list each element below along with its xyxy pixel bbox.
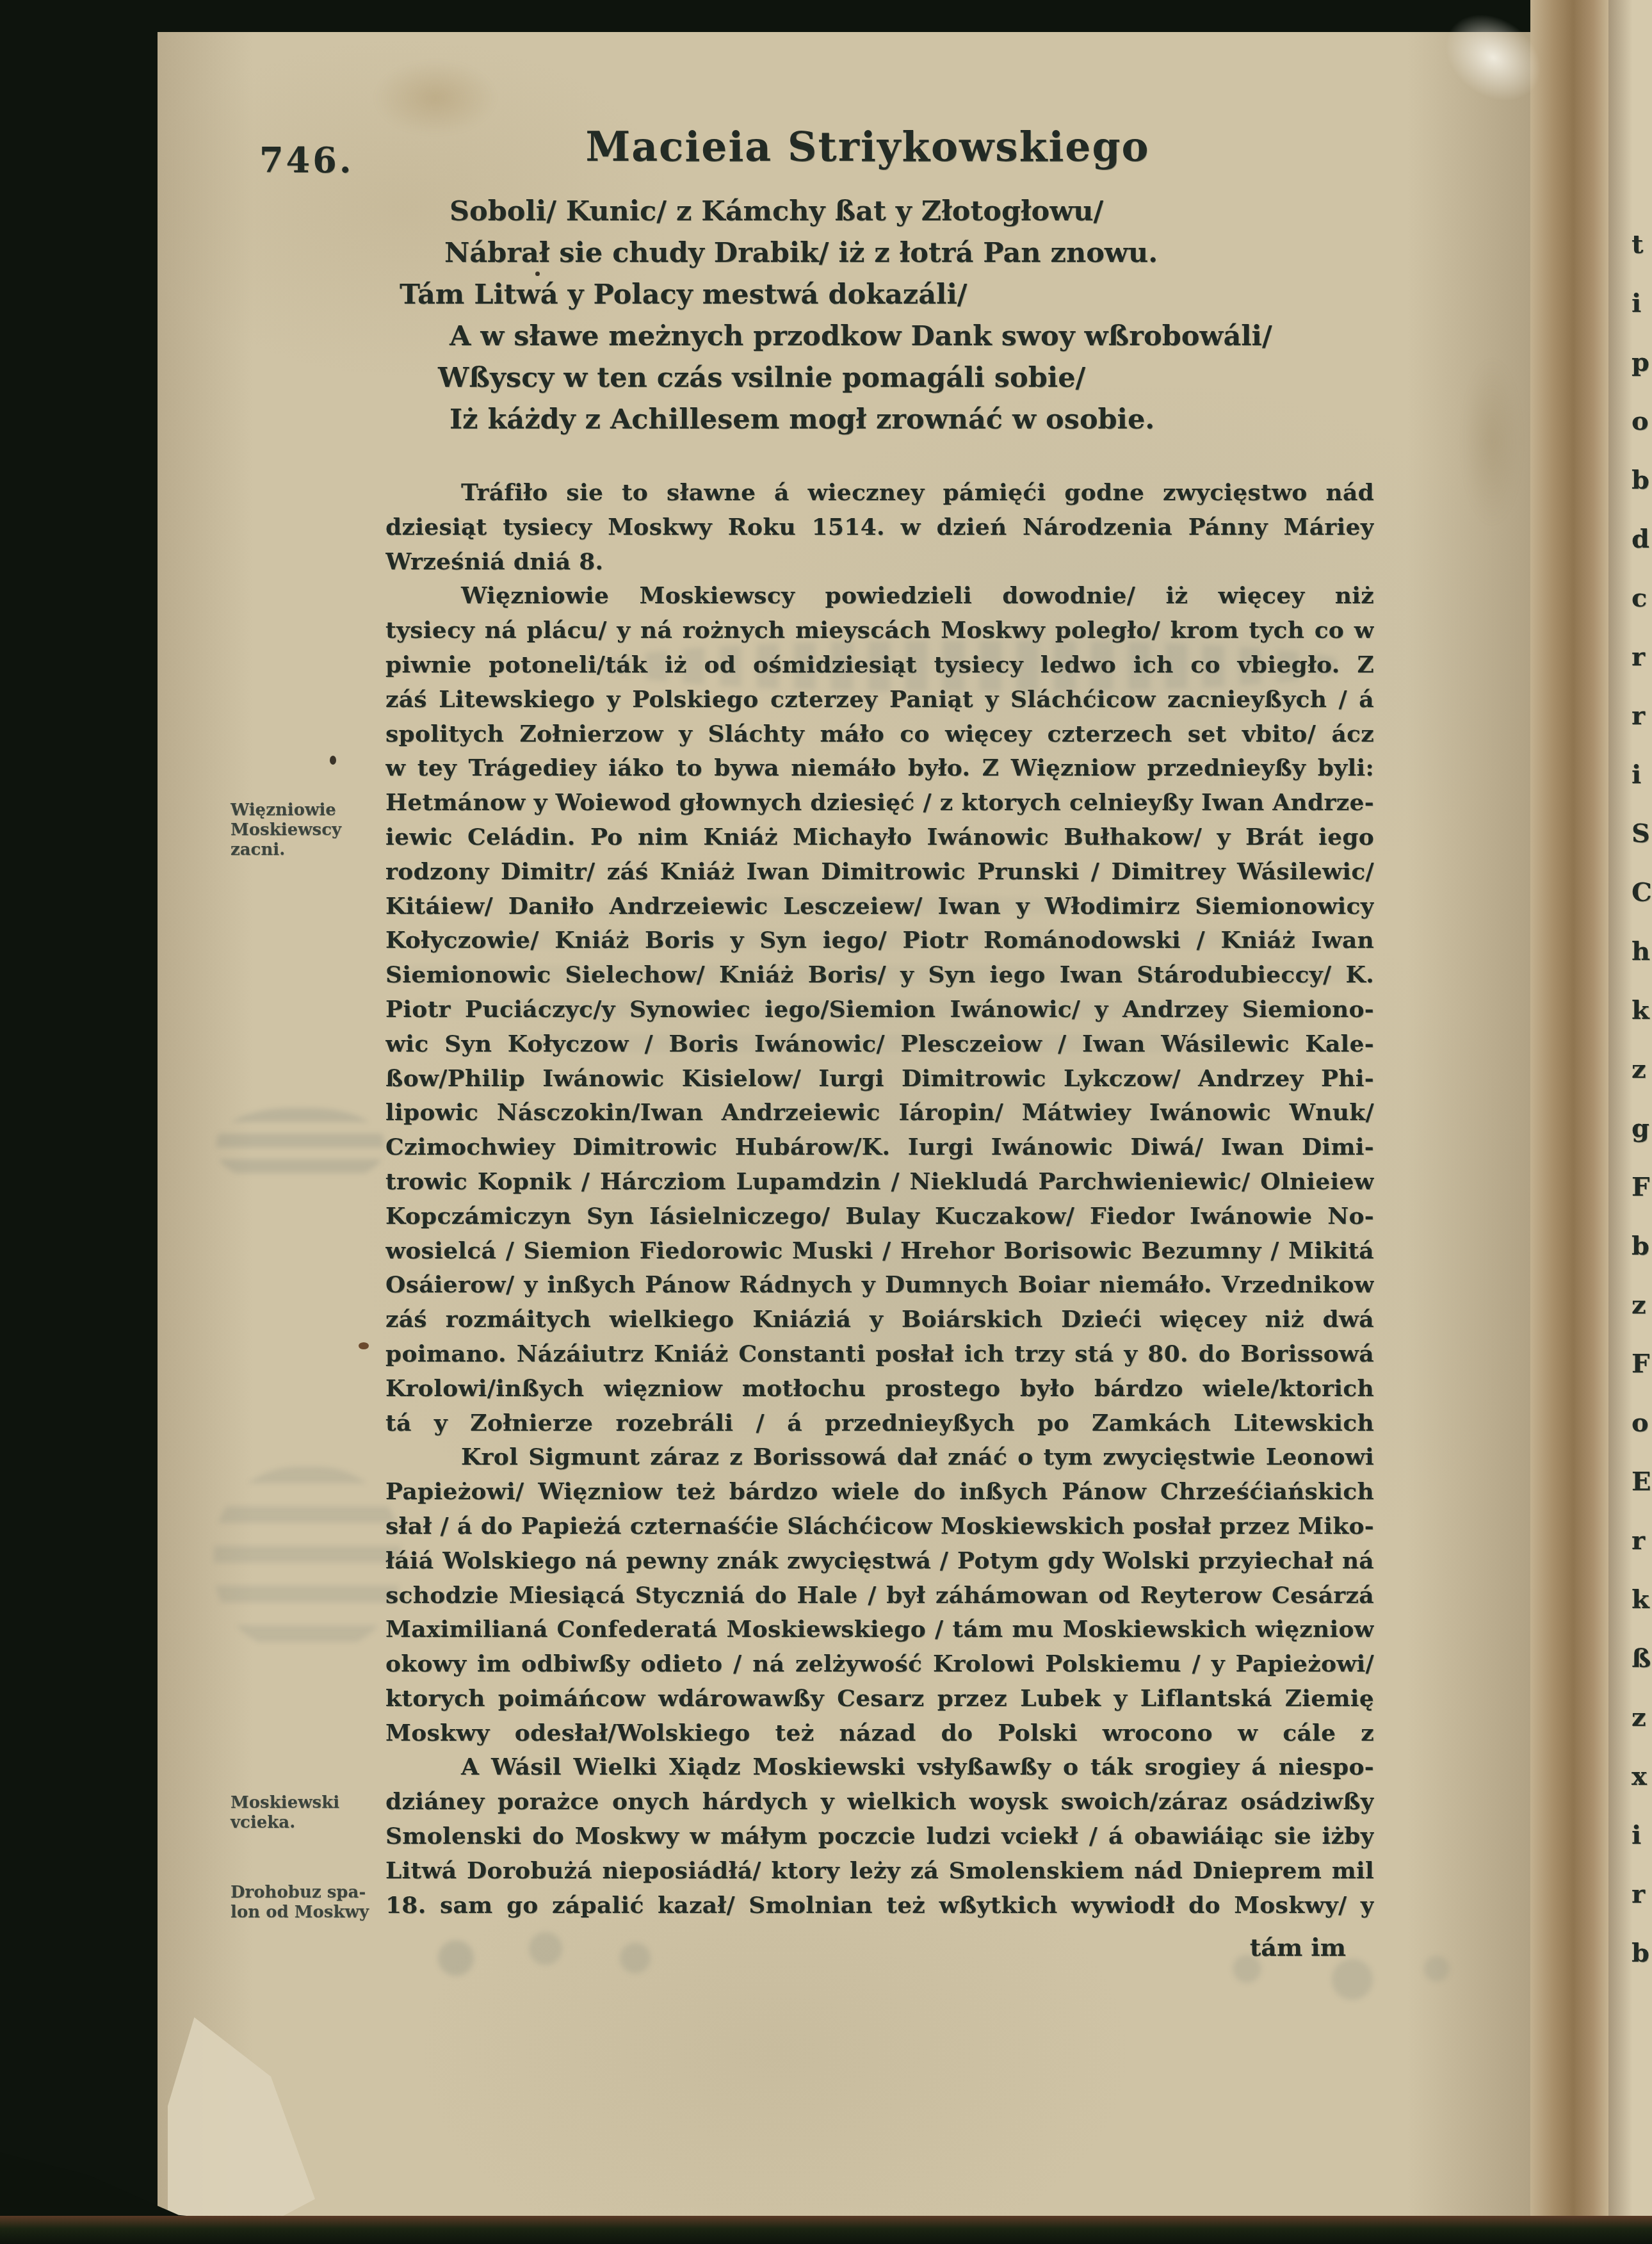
margin-note-line: zacni. [231,840,383,860]
paper-stain [1463,359,1521,525]
book-gutter [1530,0,1608,2244]
margin-note: WięzniowieMoskiewscyzacni. [231,801,383,860]
margin-note-line: Drohobuz spa- [231,1883,383,1903]
verse-line: Soboli/ Kunic/ z Kámchy ßat y Złotogłowu… [385,191,1384,232]
text-line: Maximilianá Confederatá Moskiewskiego / … [385,1612,1374,1646]
letter-fragment: o [1632,392,1652,451]
letter-fragment: b [1632,451,1652,510]
running-title: Macieia Striykowskiego [359,123,1377,170]
left-page-edges [0,32,198,2244]
text-line: lipowic Násczokin/Iwan Andrzeiewic Iárop… [385,1095,1374,1130]
letter-fragment: d [1632,510,1652,569]
facing-page-letter-fragments: tipobdcrriSChkzgFbzFoErkßzxirb [1626,215,1652,1983]
text-line: iewic Celádin. Po nim Kniáż Michayło Iwá… [385,820,1374,854]
letter-fragment: i [1632,274,1652,333]
letter-fragment: r [1632,1511,1652,1570]
text-line: tá y Zołnierze rozebráli / á przednieyßy… [385,1406,1374,1440]
letter-fragment: ß [1632,1629,1652,1688]
text-line: dziáney porażce onych hárdych y wielkich… [385,1784,1374,1819]
text-line: Osáierow/ y inßych Pánow Rádnych y Dumny… [385,1267,1374,1302]
text-line: schodzie Miesiącá Styczniá do Hale / był… [385,1578,1374,1613]
ink-speck [330,756,336,765]
text-line: Tráfiło sie to sławne á wieczney pámięći… [385,475,1374,510]
letter-fragment: p [1632,333,1652,392]
letter-fragment: b [1632,1217,1652,1276]
text-line: rodzony Dimitr/ záś Kniáż Iwan Dimitrowi… [385,854,1374,889]
text-line: spolitych Zołnierzow y Sláchty máło co w… [385,717,1374,751]
letter-fragment: z [1632,1276,1652,1335]
text-line: ßow/Philip Iwánowic Kisielow/ Iurgi Dimi… [385,1061,1374,1096]
margin-note-line: Moskiewscy [231,820,383,840]
verse-line: A w sławe meżnych przodkow Dank swoy wßr… [385,316,1384,357]
verse-line: Tám Litwá y Polacy mestwá dokazáli/ [385,274,1384,316]
text-line: Wrześniá dniá 8. [385,544,1374,579]
text-line: Litwá Dorobużá nieposiádłá/ ktory leży z… [385,1853,1374,1888]
verse-line: Nábrał sie chudy Drabik/ iż z łotrá Pan … [385,232,1384,274]
page-number: 746. [259,140,354,181]
text-line: Kołyczowie/ Kniáż Boris y Syn iego/ Piot… [385,923,1374,957]
margin-note-line: Moskiewski [231,1793,383,1813]
paragraph: Więzniowie Moskiewscy powiedzieli dowodn… [385,578,1374,1440]
ink-speck [359,1342,369,1349]
text-line: Krol Sigmunt záraz z Borissowá dał znáć … [385,1440,1374,1474]
text-line: łáiá Wolskiego ná pewny znák zwycięstwá … [385,1543,1374,1578]
text-line: okowy im odbiwßy odieto / ná zelżywość K… [385,1646,1374,1681]
letter-fragment: S [1632,804,1652,863]
text-line: Więzniowie Moskiewscy powiedzieli dowodn… [385,578,1374,613]
text-line: Papieżowi/ Więzniow też bárdzo wiele do … [385,1474,1374,1509]
paragraph: A Wásil Wielki Xiądz Moskiewski vsłyßawß… [385,1750,1374,1922]
text-line: záś Litewskiego y Polskiego czterzey Pan… [385,682,1374,717]
letter-fragment: r [1632,1865,1652,1924]
text-line: piwnie potoneli/ták iż od ośmidziesiąt t… [385,647,1374,682]
text-line: wic Syn Kołyczow / Boris Iwánowic/ Plesc… [385,1027,1374,1061]
letter-fragment: C [1632,863,1652,922]
text-line: ktorych poimáńcow wdárowawßy Cesarz prze… [385,1681,1374,1716]
letter-fragment: o [1632,1394,1652,1452]
letter-fragment: c [1632,569,1652,628]
text-line: Hetmánow y Woiewod głownych dziesięć / z… [385,785,1374,820]
text-line: wosielcá / Siemion Fiedorowic Muski / Hr… [385,1233,1374,1268]
book-scan: tipobdcrriSChkzgFbzFoErkßzxirb 746. Maci… [0,0,1652,2244]
letter-fragment: z [1632,1688,1652,1747]
text-line: záś rozmáitych wielkiego Kniáziá y Boiár… [385,1302,1374,1337]
catchword: tám im [385,1933,1346,1962]
text-line: tysiecy ná plácu/ y ná rożnych mieyscách… [385,613,1374,647]
letter-fragment: i [1632,745,1652,804]
text-line: Krolowi/inßych więzniow motłochu prosteg… [385,1371,1374,1406]
margin-note: Drohobuz spa-lon od Moskwy [231,1883,383,1923]
text-line: trowic Kopnik / Hárcziom Lupamdzin / Nie… [385,1164,1374,1199]
verse-block: Soboli/ Kunic/ z Kámchy ßat y Złotogłowu… [385,191,1384,441]
verse-line: Iż káżdy z Achillesem mogł zrownáć w oso… [385,399,1384,441]
text-line: dziesiąt tysiecy Moskwy Roku 1514. w dzi… [385,510,1374,544]
text-line: w tey Trágediey iáko to bywa niemáło był… [385,751,1374,785]
paragraph: Krol Sigmunt záraz z Borissowá dał znáć … [385,1440,1374,1750]
text-line: poimano. Názáiutrz Kniáż Constanti posła… [385,1337,1374,1371]
margin-note-line: Więzniowie [231,801,383,820]
letter-fragment: h [1632,922,1652,981]
text-line: 18. sam go zápalić kazał/ Smolnian też w… [385,1888,1374,1923]
text-line: Piotr Puciáczyc/y Synowiec iego/Siemion … [385,992,1374,1027]
text-line: Kopczámiczyn Syn Iásielniczego/ Bulay Ku… [385,1199,1374,1233]
text-line: Moskwy odesłał/Wolskiego też názad do Po… [385,1716,1374,1750]
text-line: słał / á do Papieżá czternaśćie Sláchćic… [385,1509,1374,1543]
verse-line: Wßyscy w ten czás vsilnie pomagáli sobie… [385,357,1384,399]
text-line: Kitáiew/ Daniło Andrzeiewic Lesczeiew/ I… [385,889,1374,923]
letter-fragment: E [1632,1452,1652,1511]
text-line: Czimochwiey Dimitrowic Hubárow/K. Iurgi … [385,1130,1374,1164]
letter-fragment: i [1632,1806,1652,1865]
letter-fragment: k [1632,1570,1652,1629]
body-text: Tráfiło sie to sławne á wieczney pámięći… [385,475,1374,1922]
letter-fragment: g [1632,1099,1652,1158]
letter-fragment: z [1632,1040,1652,1099]
letter-fragment: x [1632,1747,1652,1806]
text-line: A Wásil Wielki Xiądz Moskiewski vsłyßawß… [385,1750,1374,1784]
margin-note-line: vcieka. [231,1813,383,1833]
letter-fragment: k [1632,981,1652,1040]
letter-fragment: F [1632,1158,1652,1217]
text-line: Smolenski do Moskwy w máłym poczcie ludz… [385,1819,1374,1853]
margin-note-line: lon od Moskwy [231,1903,383,1923]
letter-fragment: r [1632,687,1652,745]
letter-fragment: F [1632,1335,1652,1394]
paragraph: Tráfiło sie to sławne á wieczney pámięći… [385,475,1374,578]
letter-fragment: t [1632,215,1652,274]
margin-note: Moskiewskivcieka. [231,1793,383,1833]
letter-fragment: b [1632,1924,1652,1983]
scan-background-bottom [0,2216,1652,2244]
text-line: Siemionowic Sielechow/ Kniáż Boris/ y Sy… [385,957,1374,992]
letter-fragment: r [1632,628,1652,687]
